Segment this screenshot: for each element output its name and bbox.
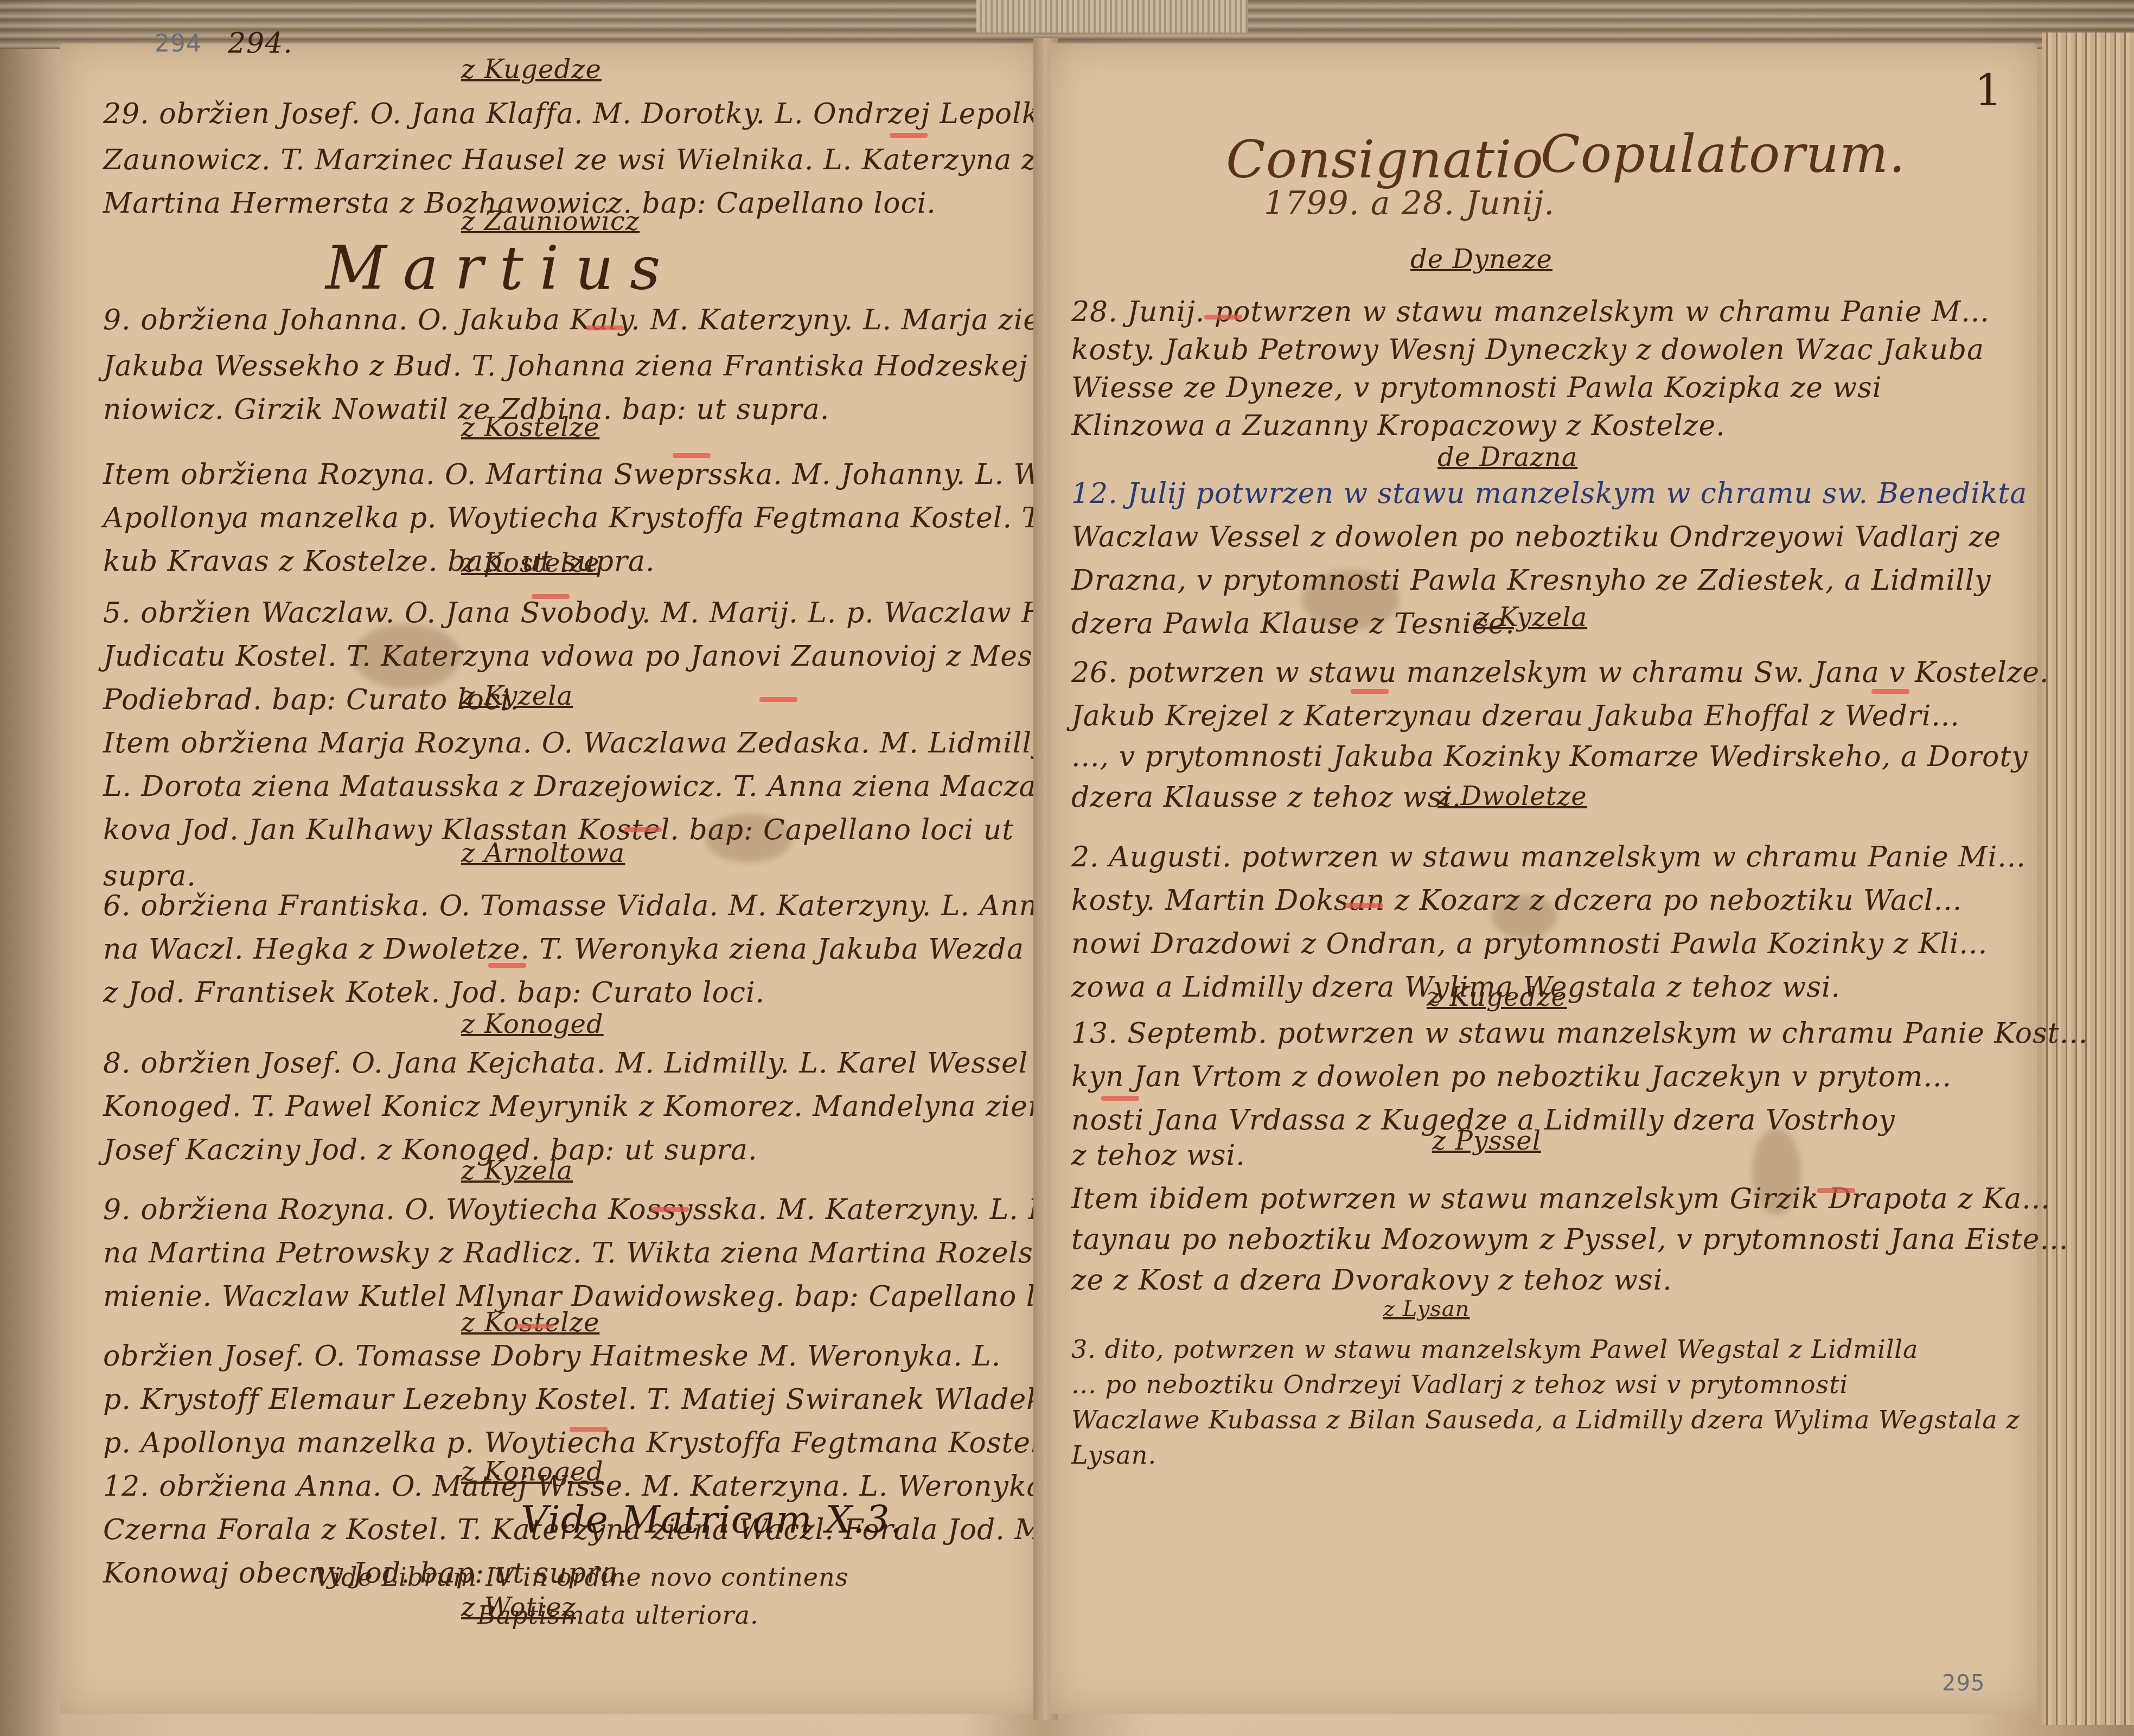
entry-line: Konoged. T. Pawel Konicz Meyrynik z Komo… (103, 1090, 1064, 1123)
entry-line: 9. obržiena Johanna. O. Jakuba Kaly. M. … (103, 304, 1077, 336)
place-heading: de Drazna (1437, 442, 1577, 473)
red-underline-mark (570, 1427, 608, 1432)
red-underline-mark (890, 133, 928, 138)
place-heading: z Zauniowicz (461, 206, 640, 237)
entry-line: Lysan. (1071, 1440, 1157, 1470)
place-heading: z Kugedze (461, 54, 602, 85)
title-word-1: Consignatio (1226, 130, 1544, 190)
red-underline-mark (1345, 903, 1383, 908)
spine-binding-thread (976, 0, 1248, 33)
closing-note: Vide Matricam X.3. (521, 1497, 903, 1542)
entry-line: p. Apollonya manzelka p. Woytiecha Kryst… (103, 1427, 1050, 1459)
red-underline-mark (1871, 689, 1909, 694)
place-heading: z Arnoltowa (461, 838, 625, 869)
closing-subnote: Baptismata ulteriora. (477, 1600, 759, 1630)
red-underline-mark (759, 697, 797, 702)
entry-line: dzera Pawla Klause z Tesnice. (1071, 608, 1515, 640)
place-heading: z Kyzela (461, 681, 573, 711)
entry-line: 13. Septemb. potwrzen w stawu manzelskym… (1071, 1017, 2088, 1050)
place-heading: de Dyneze (1410, 244, 1552, 275)
entry-line: 6. obržiena Frantiska. O. Tomasse Vidala… (103, 890, 1117, 922)
entry-line: z Jod. Frantisek Kotek. Jod. bap: Curato… (103, 976, 765, 1009)
entry-line: Jakub Krejzel z Katerzynau dzerau Jakuba… (1071, 700, 1960, 732)
entry-line: z tehoz wsi. (1071, 1139, 1245, 1172)
open-book-spread: 294 294. z Kugedze 29. obržien Josef. O.… (0, 0, 2134, 1736)
entry-line: obržien Josef. O. Tomasse Dobry Haitmesk… (103, 1340, 1001, 1373)
place-heading: z Kostelze (461, 1307, 599, 1338)
red-underline-mark (624, 827, 662, 832)
entry-line: dzera Klausse z tehoz wsi. (1071, 781, 1461, 814)
register-subtitle: 1799. a 28. Junij. (1264, 184, 1555, 222)
entry-line: 5. obržien Waczlaw. O. Jana Svobody. M. … (103, 597, 1112, 629)
entry-line: Waczlawe Kubassa z Bilan Sauseda, a Lidm… (1071, 1405, 2020, 1434)
entry-line: taynau po neboztiku Mozowym z Pyssel, v … (1071, 1223, 2068, 1256)
entry-line: 28. Junij. potwrzen w stawu manzelskym w… (1071, 296, 1990, 328)
entry-line: Drazna, v prytomnosti Pawla Kresnyho ze … (1071, 564, 1991, 597)
fore-edge-pages (2042, 33, 2134, 1725)
entry-line: L. Dorota ziena Matausska z Drazejowicz.… (103, 770, 1090, 803)
place-heading: z Kostelze (461, 548, 599, 578)
entry-line: Podiebrad. bap: Curato loci. (103, 684, 520, 716)
entry-line: 9. obržiena Rozyna. O. Woytiecha Kossyss… (103, 1193, 1191, 1226)
place-heading: z Kostelze (461, 412, 599, 443)
entry-line: Klinzowa a Zuzanny Kropaczowy z Kostelze… (1071, 410, 1726, 442)
entry-line: p. Krystoff Elemaur Lezebny Kostel. T. M… (103, 1383, 1155, 1416)
entry-line: Jakuba Wessekho z Bud. T. Johanna ziena … (103, 350, 1147, 382)
entry-line: na Martina Petrowsky z Radlicz. T. Wikta… (103, 1237, 1195, 1269)
folio-pencil-number: 294 (155, 30, 202, 58)
entry-line: kosty. Jakub Petrowy Wesnj Dyneczky z do… (1071, 334, 1984, 366)
red-underline-mark (1351, 689, 1389, 694)
entry-line: Zaunowicz. T. Marzinec Hausel ze wsi Wie… (103, 144, 1100, 176)
red-underline-mark (1204, 315, 1242, 320)
title-word-2: Copulatorum. (1541, 125, 1906, 184)
entry-line: Wiesse ze Dyneze, v prytomnosti Pawla Ko… (1071, 372, 1882, 404)
closing-subnote: Vide Librum IV in ordine novo continens (315, 1562, 848, 1592)
entry-line: ..., v prytomnosti Jakuba Kozinky Komarz… (1071, 741, 2028, 773)
entry-line: Item obržiena Marja Rozyna. O. Waczlawa … (103, 727, 1054, 759)
red-underline-mark (673, 453, 711, 458)
red-underline-mark (532, 594, 570, 599)
entry-line: ze z Kost a dzera Dvorakovy z tehoz wsi. (1071, 1264, 1672, 1297)
entry-line: 8. obržien Josef. O. Jana Kejchata. M. L… (103, 1047, 1053, 1080)
entry-line: 29. obržien Josef. O. Jana Klaffa. M. Do… (103, 98, 1158, 130)
entry-line: ... po neboztiku Ondrzeyi Vadlarj z teho… (1071, 1370, 1848, 1399)
entry-line: 12. Julij potwrzen w stawu manzelskym w … (1071, 477, 2027, 510)
entry-line: kosty. Martin Doksan z Kozarz z dczera p… (1071, 884, 1962, 917)
place-heading: z Kyzela (461, 1156, 573, 1186)
entry-line: Josef Kacziny Jod. z Konoged. bap: ut su… (103, 1134, 758, 1166)
place-heading: z Pyssel (1432, 1126, 1541, 1156)
folio-pencil-number-bottom: 295 (1942, 1671, 1985, 1696)
place-heading: z Kugedze (1427, 982, 1567, 1012)
entry-line: 26. potwrzen w stawu manzelskym w chramu… (1071, 656, 2049, 689)
place-heading: z Konoged (461, 1009, 604, 1039)
month-heading: Martius (325, 233, 676, 303)
entry-line: Waczlaw Vessel z dowolen po neboztiku On… (1071, 521, 2001, 553)
entry-line: Item ibidem potwrzen w stawu manzelskym … (1071, 1183, 2050, 1215)
entry-line: na Waczl. Hegka z Dwoletze. T. Weronyka … (103, 933, 1024, 966)
entry-line: 3. dito, potwrzen w stawu manzelskym Paw… (1071, 1335, 1919, 1364)
folio-number: 1 (1975, 65, 2003, 116)
red-underline-mark (1101, 1096, 1139, 1101)
entry-line: nowi Drazdowi z Ondran, a prytomnosti Pa… (1071, 928, 1988, 960)
red-underline-mark (586, 325, 624, 330)
entry-line: kyn Jan Vrtom z dowolen po neboztiku Jac… (1071, 1061, 1952, 1093)
folio-ink-number: 294. (228, 27, 293, 60)
right-page (1050, 43, 2037, 1714)
place-heading: z Lysan (1383, 1297, 1469, 1322)
entry-line: Apollonya manzelka p. Woytiecha Krystoff… (103, 502, 1114, 534)
red-underline-mark (515, 1324, 553, 1329)
entry-line: Judicatu Kostel. T. Katerzyna vdowa po J… (103, 640, 1062, 673)
entry-line: 2. Augusti. potwrzen w stawu manzelskym … (1071, 841, 2026, 873)
entry-line: supra. (103, 860, 196, 892)
red-underline-mark (488, 963, 526, 968)
red-underline-mark (1817, 1188, 1855, 1193)
entry-line: Item obržiena Rozyna. O. Martina Sweprss… (103, 458, 1096, 491)
red-underline-mark (651, 1207, 689, 1212)
